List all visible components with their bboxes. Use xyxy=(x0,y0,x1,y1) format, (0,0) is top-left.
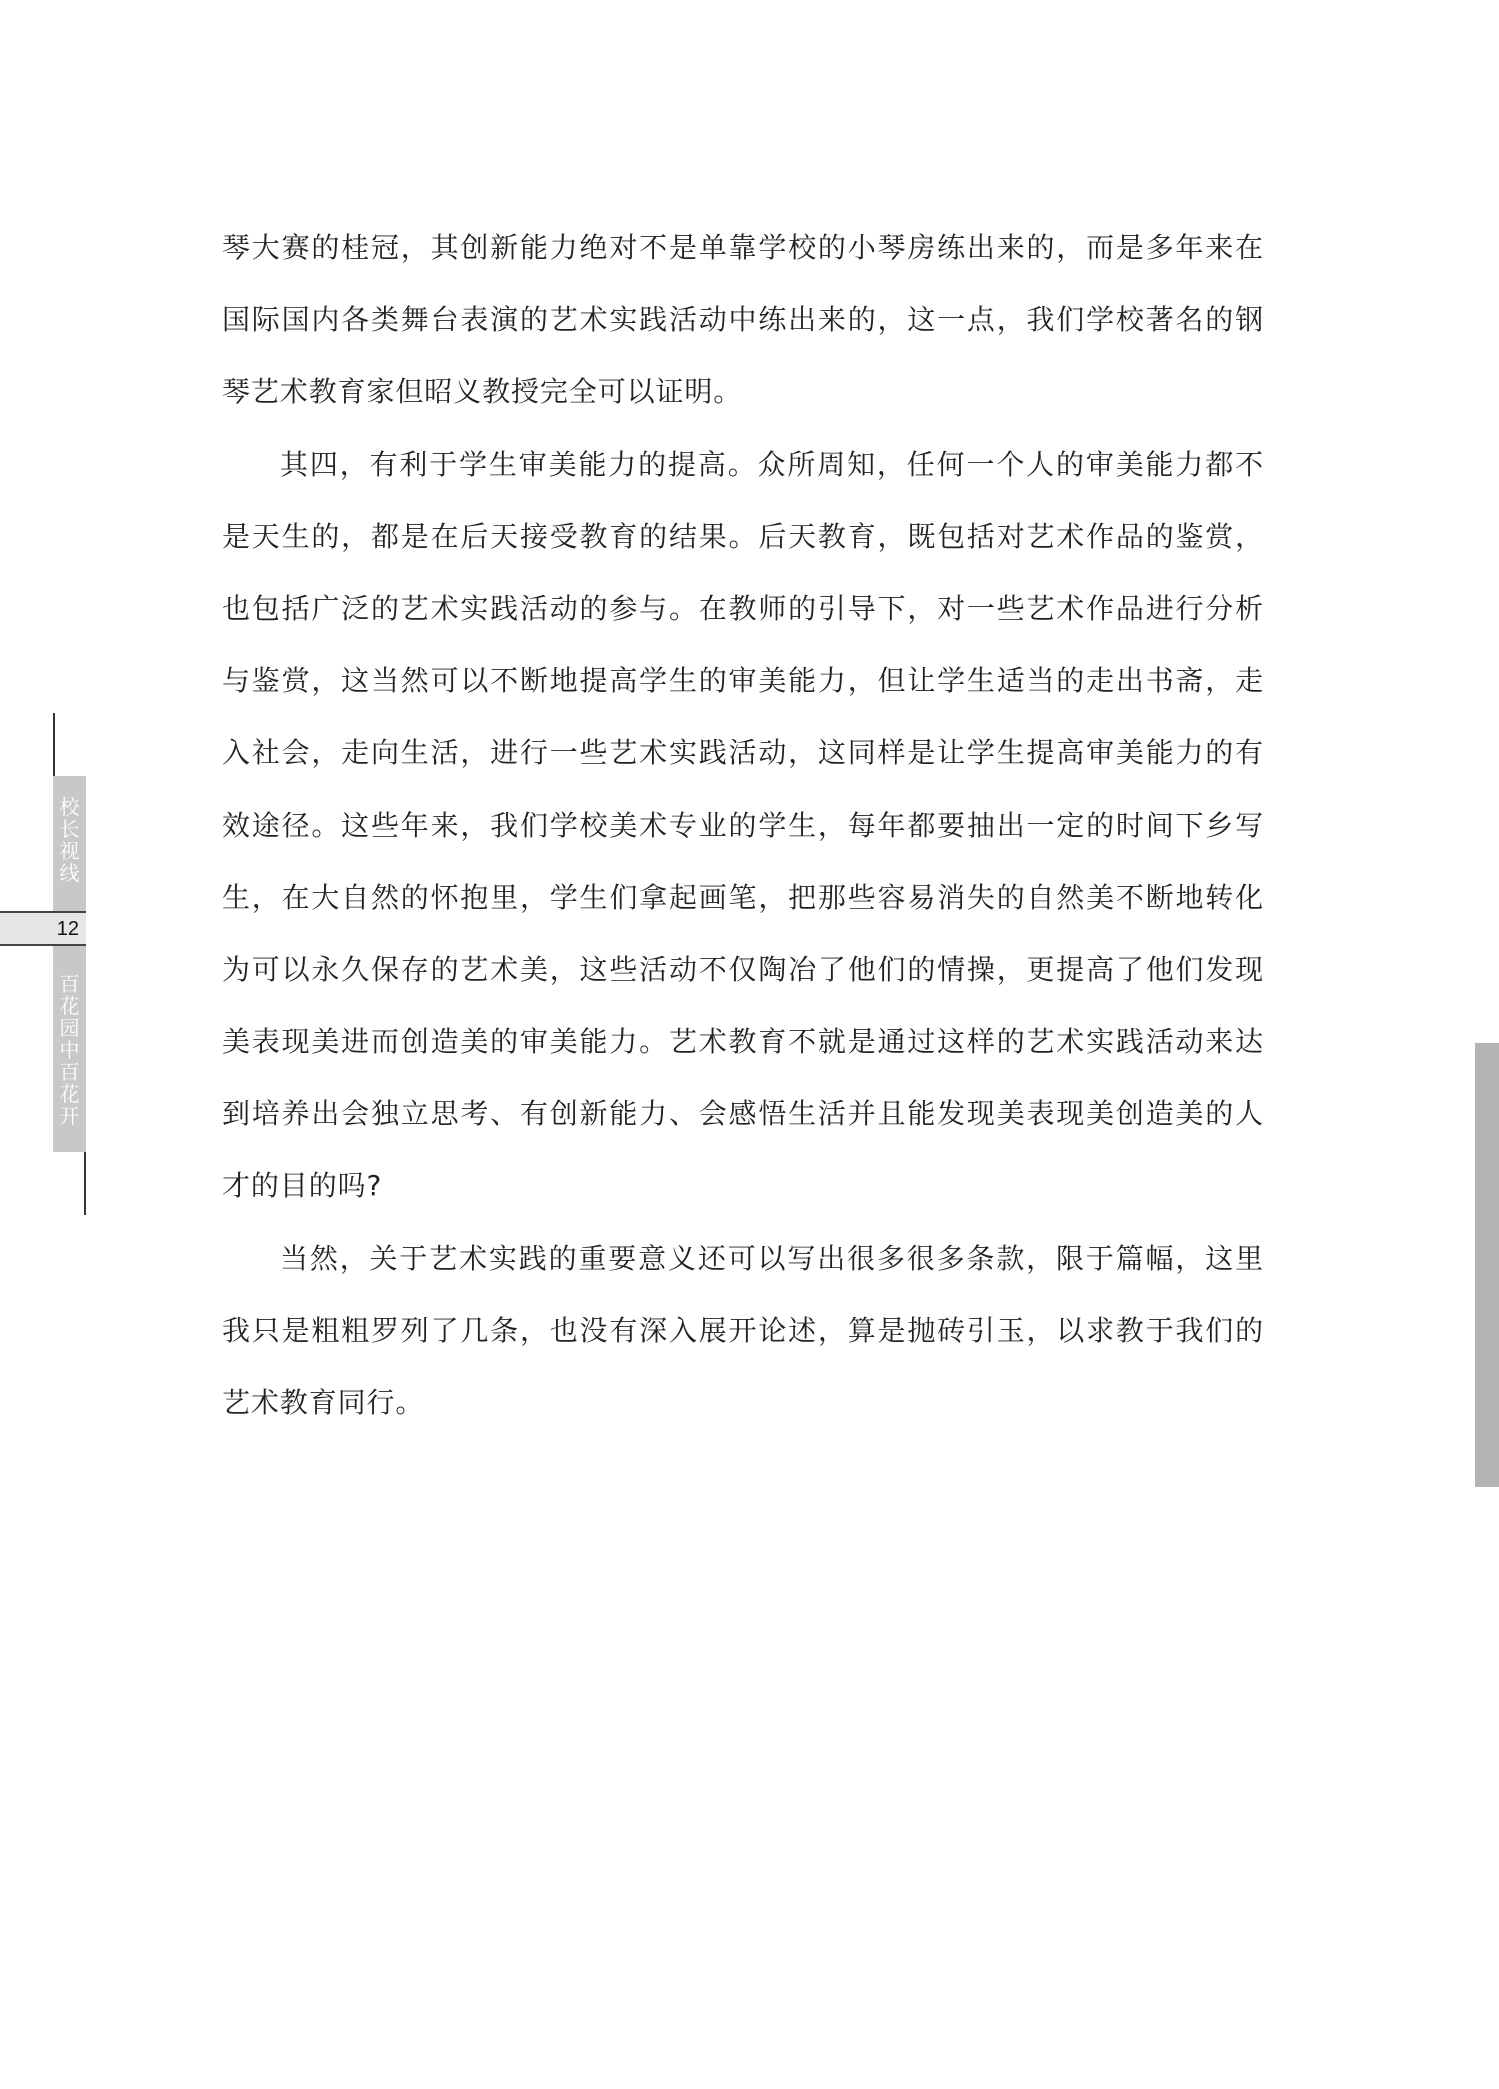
article-title-char: 花 xyxy=(53,995,86,1017)
text-line: 效途径。这些年来，我们学校美术专业的学生，每年都要抽出一定的时间下乡写 xyxy=(222,790,1264,862)
section-label-column: 校 长 视 线 xyxy=(53,776,86,911)
article-title-char: 园 xyxy=(53,1017,86,1039)
section-label-char: 校 xyxy=(53,796,86,818)
article-title-char: 花 xyxy=(53,1083,86,1105)
article-title-char: 中 xyxy=(53,1039,86,1061)
text-line: 才的目的吗? xyxy=(222,1150,1264,1222)
text-line: 美表现美进而创造美的审美能力。艺术教育不就是通过这样的艺术实践活动来达 xyxy=(222,1006,1264,1078)
document-page: 校 长 视 线 12 百 花 园 中 百 花 开 琴大赛的桂冠，其创新能力绝对不… xyxy=(0,0,1499,2089)
section-label-char: 线 xyxy=(53,862,86,884)
article-title-char: 百 xyxy=(53,973,86,995)
paragraph-start-line: 其四，有利于学生审美能力的提高。众所周知，任何一个人的审美能力都不 xyxy=(222,429,1264,501)
text-line: 生，在大自然的怀抱里，学生们拿起画笔，把那些容易消失的自然美不断地转化 xyxy=(222,862,1264,934)
section-label-char: 长 xyxy=(53,818,86,840)
text-line: 艺术教育同行。 xyxy=(222,1367,1264,1439)
section-label-char: 视 xyxy=(53,840,86,862)
article-title-char: 开 xyxy=(53,1105,86,1127)
page-edge-thumb-tab xyxy=(1475,1043,1499,1487)
text-line: 我只是粗粗罗列了几条，也没有深入展开论述，算是抛砖引玉，以求教于我们的 xyxy=(222,1295,1264,1367)
running-header-rule-top xyxy=(53,713,55,776)
text-line: 入社会，走向生活，进行一些艺术实践活动，这同样是让学生提高审美能力的有 xyxy=(222,717,1264,789)
article-title-column: 百 花 园 中 百 花 开 xyxy=(53,946,86,1152)
page-number: 12 xyxy=(57,917,79,941)
text-line: 与鉴赏，这当然可以不断地提高学生的审美能力，但让学生适当的走出书斋，走 xyxy=(222,645,1264,717)
text-line: 国际国内各类舞台表演的艺术实践活动中练出来的，这一点，我们学校著名的钢 xyxy=(222,284,1264,356)
text-line: 是天生的，都是在后天接受教育的结果。后天教育，既包括对艺术作品的鉴赏， xyxy=(222,501,1264,573)
page-number-box: 12 xyxy=(0,911,86,946)
text-line: 琴艺术教育家但昭义教授完全可以证明。 xyxy=(222,356,1264,428)
running-header-rule-bottom xyxy=(84,1152,86,1215)
text-line: 到培养出会独立思考、有创新能力、会感悟生活并且能发现美表现美创造美的人 xyxy=(222,1078,1264,1150)
text-line: 为可以永久保存的艺术美，这些活动不仅陶冶了他们的情操，更提高了他们发现 xyxy=(222,934,1264,1006)
paragraph-start-line: 当然，关于艺术实践的重要意义还可以写出很多很多条款，限于篇幅，这里 xyxy=(222,1223,1264,1295)
text-line: 也包括广泛的艺术实践活动的参与。在教师的引导下，对一些艺术作品进行分析 xyxy=(222,573,1264,645)
article-title: 百 花 园 中 百 花 开 xyxy=(53,973,86,1127)
article-title-char: 百 xyxy=(53,1061,86,1083)
section-label: 校 长 视 线 xyxy=(53,796,86,884)
text-line: 琴大赛的桂冠，其创新能力绝对不是单靠学校的小琴房练出来的，而是多年来在 xyxy=(222,212,1264,284)
body-text: 琴大赛的桂冠，其创新能力绝对不是单靠学校的小琴房练出来的，而是多年来在 国际国内… xyxy=(222,212,1264,1439)
